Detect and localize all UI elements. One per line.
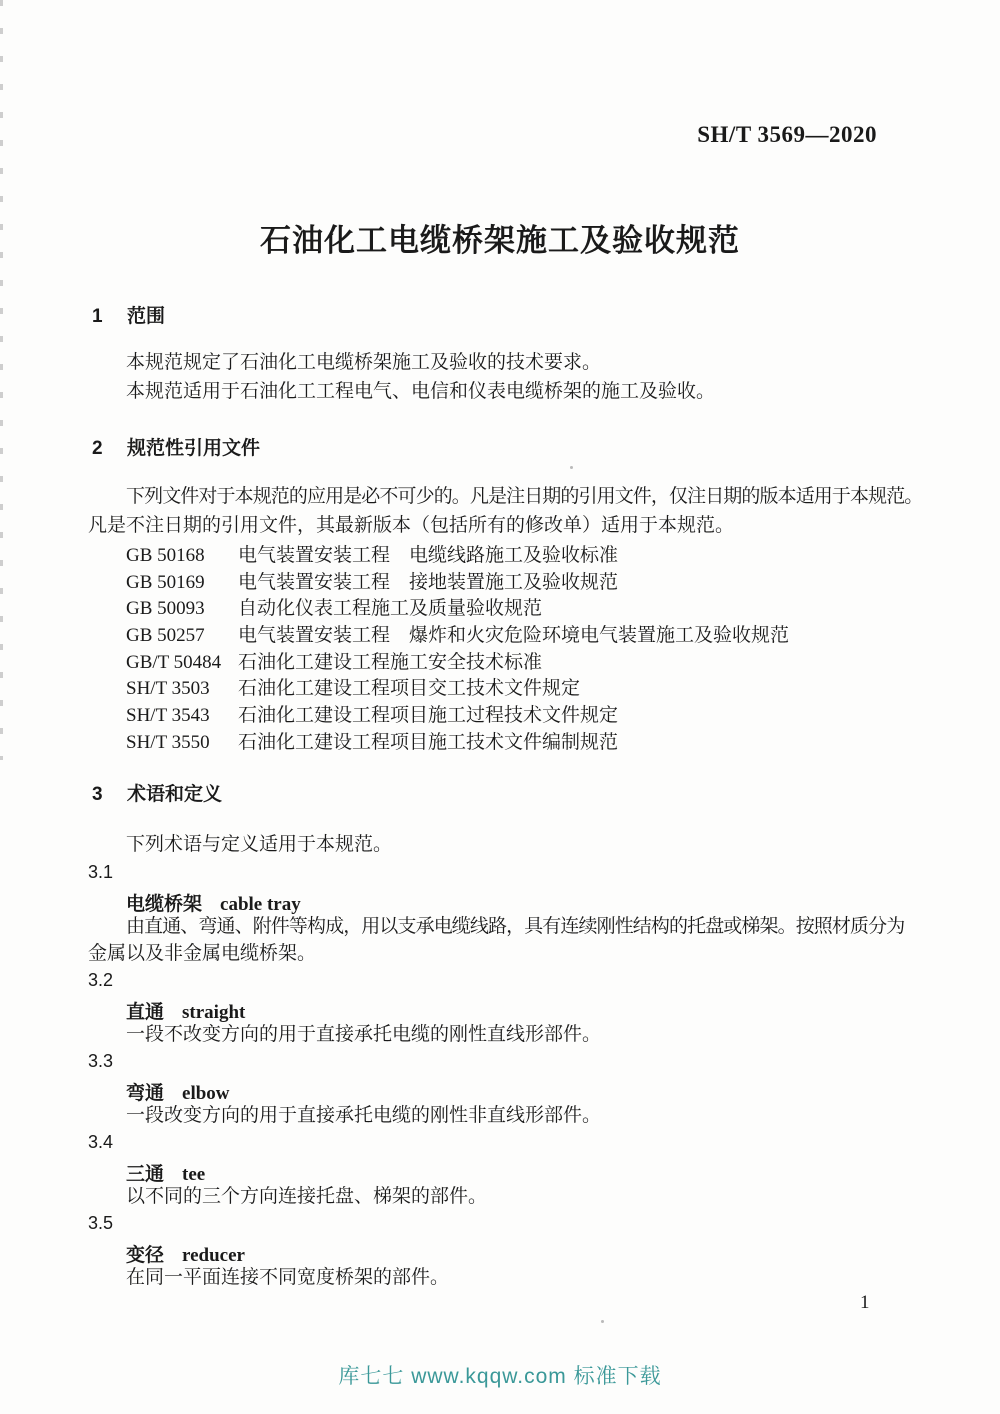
scan-speck [601,1320,604,1323]
term-name-en: straight [182,1002,245,1023]
reference-item: GB 50093自动化仪表工程施工及质量验收规范 [126,598,542,620]
term-name-zh: 变径 [126,1245,164,1266]
document-title: 石油化工电缆桥架施工及验收规范 [0,215,1000,260]
section-2-intro-line-2: 凡是不注日期的引用文件，其最新版本（包括所有的修改单）适用于本规范。 [88,515,734,537]
reference-item: SH/T 3543石油化工建设工程项目施工过程技术文件规定 [126,705,618,727]
reference-code: GB 50093 [126,598,238,620]
section-1-paragraph-2: 本规范适用于石油化工工程电气、电信和仪表电缆桥架的施工及验收。 [126,381,715,403]
reference-item: GB 50169电气装置安装工程 接地装置施工及验收规范 [126,572,618,594]
section-3-intro: 下列术语与定义适用于本规范。 [126,834,392,856]
section-2-heading: 2规范性引用文件 [92,433,260,460]
term-name-zh: 三通 [126,1164,164,1185]
term-name: 三通tee [126,1159,205,1186]
term-name-en: elbow [182,1083,230,1104]
reference-code: SH/T 3550 [126,732,238,754]
reference-title: 石油化工建设工程施工安全技术标准 [238,652,542,673]
reference-item: SH/T 3503石油化工建设工程项目交工技术文件规定 [126,678,580,700]
reference-item: GB 50257电气装置安装工程 爆炸和火灾危险环境电气装置施工及验收规范 [126,625,789,647]
reference-code: SH/T 3503 [126,678,238,700]
term-definition-line-1: 一段不改变方向的用于直接承托电缆的刚性直线形部件。 [126,1024,601,1046]
term-definition-line-1: 一段改变方向的用于直接承托电缆的刚性非直线形部件。 [126,1105,601,1127]
term-name-zh: 电缆桥架 [126,894,202,915]
reference-item: GB/T 50484石油化工建设工程施工安全技术标准 [126,652,542,674]
term-name-zh: 弯通 [126,1083,164,1104]
term-definition-line-1: 以不同的三个方向连接托盘、梯架的部件。 [126,1186,487,1208]
page-number: 1 [860,1292,870,1314]
section-1-heading: 1范围 [92,301,165,328]
reference-code: GB/T 50484 [126,652,238,674]
reference-code: SH/T 3543 [126,705,238,727]
section-1-number: 1 [92,306,127,328]
reference-code: GB 50168 [126,545,238,567]
term-definition-line-1: 由直通、弯通、附件等构成，用以支承电缆线路，具有连续刚性结构的托盘或梯架。按照材… [126,916,904,938]
reference-title: 电气装置安装工程 电缆线路施工及验收标准 [238,545,618,566]
scan-artifact-left-edge [0,0,3,760]
section-2-intro-line-1: 下列文件对于本规范的应用是必不可少的。凡是注日期的引用文件，仅注日期的版本适用于… [126,486,922,508]
term-name: 电缆桥架cable tray [126,889,301,916]
term-definition-line-1: 在同一平面连接不同宽度桥架的部件。 [126,1267,449,1289]
term-name: 弯通elbow [126,1078,230,1105]
term-name: 变径reducer [126,1240,245,1267]
term-definition-line-2: 金属以及非金属电缆桥架。 [88,943,316,965]
watermark-footer: 库七七 www.kqqw.com 标准下载 [0,1360,1000,1390]
section-3-heading: 3术语和定义 [92,779,222,806]
term-number: 3.2 [88,970,113,991]
reference-title: 石油化工建设工程项目施工技术文件编制规范 [238,732,618,753]
term-name-en: cable tray [220,894,301,915]
term-number: 3.1 [88,862,113,883]
reference-title: 石油化工建设工程项目施工过程技术文件规定 [238,705,618,726]
section-2-number: 2 [92,438,127,460]
term-name-zh: 直通 [126,1002,164,1023]
scan-speck [570,466,573,469]
reference-code: GB 50257 [126,625,238,647]
reference-code: GB 50169 [126,572,238,594]
reference-title: 石油化工建设工程项目交工技术文件规定 [238,678,580,699]
section-1-paragraph-1: 本规范规定了石油化工电缆桥架施工及验收的技术要求。 [126,352,601,374]
term-name-en: reducer [182,1245,245,1266]
reference-item: SH/T 3550石油化工建设工程项目施工技术文件编制规范 [126,732,618,754]
term-name: 直通straight [126,997,245,1024]
section-1-title: 范围 [127,306,165,327]
term-number: 3.4 [88,1132,113,1153]
section-3-title: 术语和定义 [127,784,222,805]
section-3-number: 3 [92,784,127,806]
reference-title: 电气装置安装工程 爆炸和火灾危险环境电气装置施工及验收规范 [238,625,789,646]
term-name-en: tee [182,1164,205,1185]
reference-title: 自动化仪表工程施工及质量验收规范 [238,598,542,619]
term-number: 3.5 [88,1213,113,1234]
document-page: SH/T 3569—2020 石油化工电缆桥架施工及验收规范 1范围 本规范规定… [0,0,1000,1414]
document-code: SH/T 3569—2020 [697,122,877,148]
section-2-title: 规范性引用文件 [127,438,260,459]
reference-title: 电气装置安装工程 接地装置施工及验收规范 [238,572,618,593]
term-number: 3.3 [88,1051,113,1072]
reference-item: GB 50168电气装置安装工程 电缆线路施工及验收标准 [126,545,618,567]
